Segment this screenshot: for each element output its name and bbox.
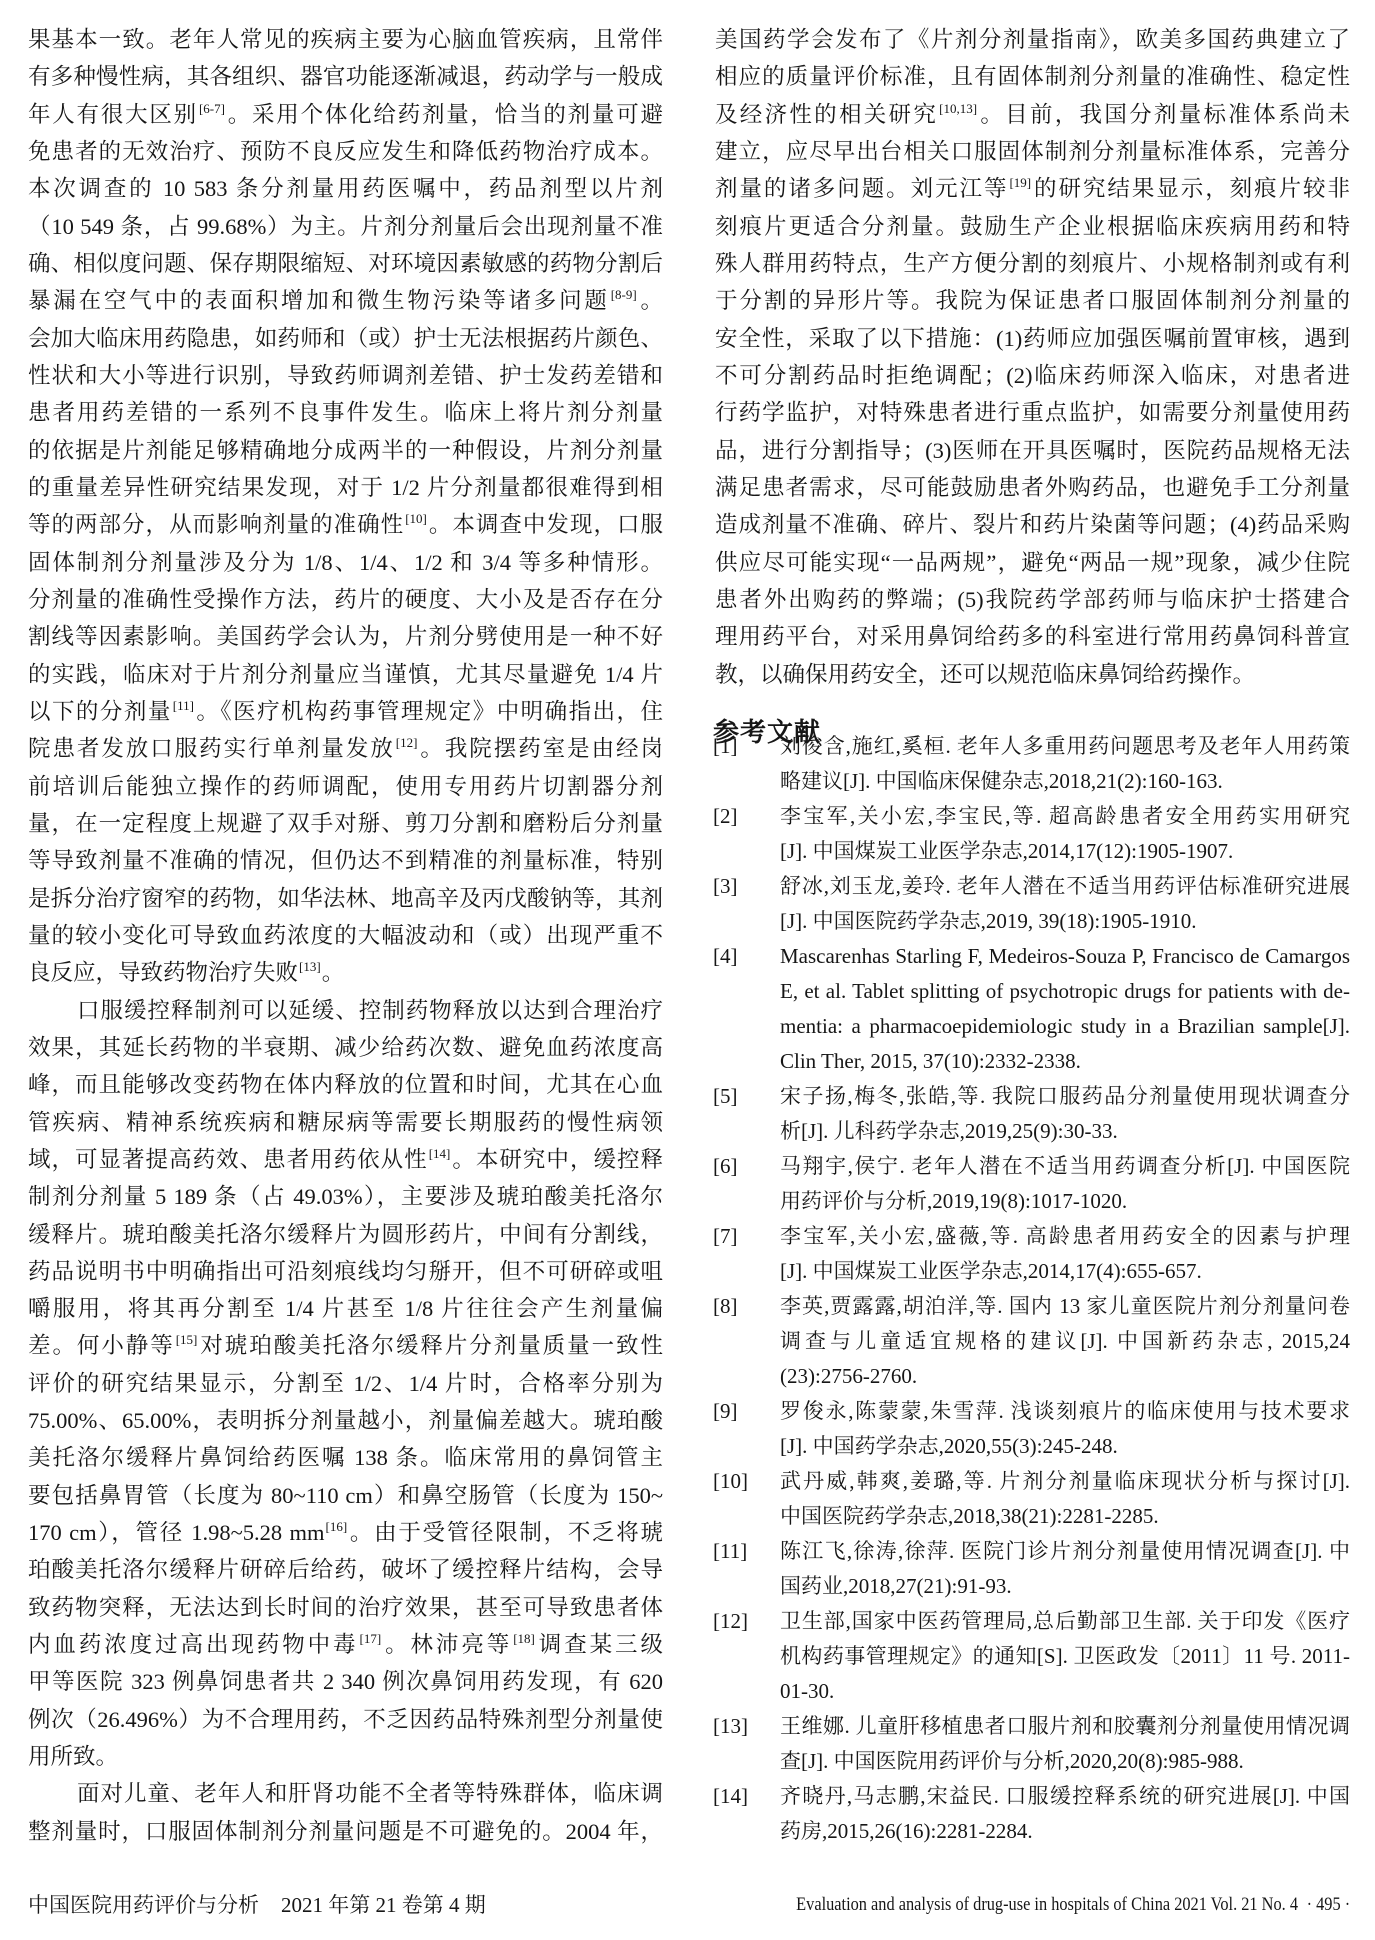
text-line: （10 549 条，占 99.68%）为主。片剂分剂量后会出现剂量不准 [28, 208, 663, 245]
reference-text-line: 查[J]. 中国医院用药评价与分析,2020,20(8):985-988. [780, 1744, 1350, 1779]
text-run: 整剂量时，口服固体制剂分剂量问题是不可避免的。2004 年， [28, 1819, 663, 1844]
reference-text-line: 武丹威,韩爽,姜璐,等. 片剂分剂量临床现状分析与探讨[J]. [780, 1464, 1350, 1499]
text-line: 会加大临床用药隐患，如药师和（或）护士无法根据药片颜色、 [28, 320, 663, 357]
text-run: 例次（26.496%）为不合理用药，不乏因药品特殊剂型分剂量使 [28, 1707, 663, 1732]
text-run: 。我院摆药室是由经岗 [418, 736, 663, 761]
text-run: 院患者发放口服药实行单剂量发放 [28, 736, 395, 761]
reference-item: [14]齐晓丹,马志鹏,宋益民. 口服缓控释系统的研究进展[J]. 中国药房,2… [713, 1779, 1350, 1849]
issue-info-cn: 2021 年第 21 卷第 4 期 [281, 1893, 486, 1917]
text-run: 170 cm），管径 1.98~5.28 mm [28, 1520, 325, 1545]
text-line: 及经济性的相关研究[10,13]。目前，我国分剂量标准体系尚未 [715, 96, 1350, 133]
text-line: 面对儿童、老年人和肝肾功能不全者等特殊群体，临床调 [28, 1775, 663, 1812]
text-line: 是拆分治疗窗窄的药物，如华法林、地高辛及丙戊酸钠等，其剂 [28, 880, 663, 917]
text-run: 的重量差异性研究结果发现，对于 1/2 片分剂量都很难得到相 [28, 475, 663, 500]
reference-text-line: 陈江飞,徐涛,徐萍. 医院门诊片剂分剂量使用情况调查[J]. 中 [780, 1534, 1350, 1569]
text-run: 制剂分剂量 5 189 条（占 49.03%），主要涉及琥珀酸美托洛尔 [28, 1184, 663, 1209]
text-run: 峰，而且能够改变药物在体内释放的位置和时间，尤其在心血 [28, 1072, 663, 1097]
text-run: 。由于受管径限制，不乏将琥 [348, 1520, 663, 1545]
text-line: 峰，而且能够改变药物在体内释放的位置和时间，尤其在心血 [28, 1066, 663, 1103]
text-run: 内血药浓度过高出现药物中毒 [28, 1632, 358, 1657]
reference-item: [11]陈江飞,徐涛,徐萍. 医院门诊片剂分剂量使用情况调查[J]. 中国药业,… [713, 1534, 1350, 1604]
text-run: 。 [638, 288, 663, 313]
citation-superscript: [11] [172, 698, 195, 713]
text-run: 本次调查的 10 583 条分剂量用药医嘱中，药品剂型以片剂 [28, 176, 663, 201]
reference-text-line: 机构药事管理规定》的通知[S]. 卫医政发〔2011〕11 号. 2011- [780, 1639, 1350, 1674]
text-line: 美托洛尔缓释片鼻饲给药医嘱 138 条。临床常用的鼻饲管主 [28, 1439, 663, 1476]
text-run: 分剂量的准确性受操作方法，药片的硬度、大小及是否存在分 [28, 587, 663, 612]
text-line: 分剂量的准确性受操作方法，药片的硬度、大小及是否存在分 [28, 581, 663, 618]
text-line: 暴漏在空气中的表面积增加和微生物污染等诸多问题[8-9]。 [28, 282, 663, 319]
text-line: 固体制剂分剂量涉及分为 1/8、1/4、1/2 和 3/4 等多种情形。 [28, 544, 663, 581]
reference-text-line: Mascarenhas Starling F, Medeiros-Souza P… [780, 939, 1350, 974]
reference-number: [14] [713, 1779, 748, 1814]
text-run: 域，可显著提高药效、患者用药依从性 [28, 1147, 428, 1172]
text-run: 。林沛亮等 [382, 1632, 512, 1657]
text-line: 量的较小变化可导致血药浓度的大幅波动和（或）出现严重不 [28, 917, 663, 954]
text-line: 前培训后能独立操作的药师调配，使用专用药片切割器分剂 [28, 768, 663, 805]
citation-superscript: [13] [298, 959, 322, 974]
reference-item: [1]刘俊含,施红,奚桓. 老年人多重用药问题思考及老年人用药策略建议[J]. … [713, 729, 1350, 799]
text-line: 殊人群用药特点，生产方便分割的刻痕片、小规格制剂或有利 [715, 245, 1350, 282]
text-run: 理用药平台，对采用鼻饲给药多的科室进行常用药鼻饲科普宣 [715, 624, 1350, 649]
text-line: 良反应，导致药物治疗失败[13]。 [28, 954, 663, 991]
text-line: 域，可显著提高药效、患者用药依从性[14]。本研究中，缓控释 [28, 1141, 663, 1178]
text-run: 口服缓控释制剂可以延缓、控制药物释放以达到合理治疗 [77, 998, 663, 1023]
reference-item: [3]舒冰,刘玉龙,姜玲. 老年人潜在不适当用药评估标准研究进展[J]. 中国医… [713, 869, 1350, 939]
text-run: （10 549 条，占 99.68%）为主。片剂分剂量后会出现剂量不准 [28, 214, 663, 239]
text-run: 良反应，导致药物治疗失败 [28, 960, 298, 985]
citation-superscript: [16] [325, 1519, 349, 1534]
text-line: 量，在一定程度上规避了双手对掰、剪刀分割和磨粉后分剂量 [28, 805, 663, 842]
reference-text-line: (23):2756-2760. [780, 1359, 1350, 1394]
text-run: 行药学监护，对特殊患者进行重点监护，如需要分剂量使用药 [715, 400, 1350, 425]
text-run: 美国药学会发布了《片剂分剂量指南》，欧美多国药典建立了 [715, 27, 1350, 52]
text-run: 患者用药差错的一系列不良事件发生。临床上将片剂分剂量 [28, 400, 663, 425]
text-run: 量，在一定程度上规避了双手对掰、剪刀分割和磨粉后分剂量 [28, 811, 663, 836]
text-run: 的实践，临床对于片剂分剂量应当谨慎，尤其尽量避免 1/4 片 [28, 662, 663, 687]
reference-text-line: 齐晓丹,马志鹏,宋益民. 口服缓控释系统的研究进展[J]. 中国 [780, 1779, 1350, 1814]
citation-superscript: [6-7] [198, 101, 226, 116]
text-run: 患者外出购药的弊端；(5)我院药学部药师与临床护士搭建合 [715, 587, 1350, 612]
text-line: 安全性，采取了以下措施：(1)药师应加强医嘱前置审核，遇到 [715, 320, 1350, 357]
text-run: 性状和大小等进行识别，导致药师调剂差错、护士发药差错和 [28, 363, 663, 388]
reference-number: [12] [713, 1604, 748, 1639]
text-line: 确、相似度问题、保存期限缩短、对环境因素敏感的药物分割后 [28, 245, 663, 282]
reference-text-line: [J]. 中国煤炭工业医学杂志,2014,17(4):655-657. [780, 1254, 1350, 1289]
text-run: 确、相似度问题、保存期限缩短、对环境因素敏感的药物分割后 [28, 251, 663, 276]
reference-text-line: 01-30. [780, 1674, 1350, 1709]
citation-superscript: [8-9] [610, 287, 638, 302]
text-line: 例次（26.496%）为不合理用药，不乏因药品特殊剂型分剂量使 [28, 1701, 663, 1738]
text-line: 果基本一致。老年人常见的疾病主要为心脑血管疾病，且常伴 [28, 21, 663, 58]
reference-text-line: 卫生部,国家中医药管理局,总后勤部卫生部. 关于印发《医疗 [780, 1604, 1350, 1639]
text-run: 药品说明书中明确指出可沿刻痕线均匀掰开，但不可研碎或咀 [28, 1259, 663, 1284]
text-run: 及经济性的相关研究 [715, 102, 938, 127]
text-line: 剂量的诸多问题。刘元江等[19]的研究结果显示，刻痕片较非 [715, 170, 1350, 207]
reference-item: [10]武丹威,韩爽,姜璐,等. 片剂分剂量临床现状分析与探讨[J].中国医院药… [713, 1464, 1350, 1534]
citation-superscript: [19] [1008, 175, 1032, 190]
text-run: 。《医疗机构药事管理规定》中明确指出，住 [195, 699, 663, 724]
reference-number: [8] [713, 1289, 738, 1324]
text-line: 教，以确保用药安全，还可以规范临床鼻饲给药操作。 [715, 656, 1350, 693]
reference-number: [10] [713, 1464, 748, 1499]
text-run: 。 [322, 960, 345, 985]
text-run: 。本调查中发现，口服 [428, 512, 663, 537]
text-line: 整剂量时，口服固体制剂分剂量问题是不可避免的。2004 年， [28, 1813, 663, 1850]
text-run: 前培训后能独立操作的药师调配，使用专用药片切割器分剂 [28, 774, 663, 799]
reference-number: [7] [713, 1219, 738, 1254]
citation-superscript: [10,13] [938, 101, 978, 116]
text-run: 缓释片。琥珀酸美托洛尔缓释片为圆形药片，中间有分割线， [28, 1222, 663, 1247]
text-line: 的实践，临床对于片剂分剂量应当谨慎，尤其尽量避免 1/4 片 [28, 656, 663, 693]
reference-text-line: [J]. 中国煤炭工业医学杂志,2014,17(12):1905-1907. [780, 834, 1350, 869]
text-line: 刻痕片更适合分剂量。鼓励生产企业根据临床疾病用药和特 [715, 208, 1350, 245]
text-line: 内血药浓度过高出现药物中毒[17]。林沛亮等[18]调查某三级 [28, 1626, 663, 1663]
reference-text-line: Clin Ther, 2015, 37(10):2332-2338. [780, 1044, 1350, 1079]
reference-text-line: 中国医院药学杂志,2018,38(21):2281-2285. [780, 1499, 1350, 1534]
text-run: 用所致。 [28, 1744, 118, 1769]
citation-superscript: [10] [404, 511, 428, 526]
text-run: 珀酸美托洛尔缓释片研碎后给药，破坏了缓控释片结构，会导 [28, 1557, 663, 1582]
reference-text-line: E, et al. Tablet splitting of psychotrop… [780, 974, 1350, 1009]
text-run: 75.00%、65.00%，表明拆分剂量越小，剂量偏差越大。琥珀酸 [28, 1408, 663, 1433]
paragraph: 面对儿童、老年人和肝肾功能不全者等特殊群体，临床调整剂量时，口服固体制剂分剂量问… [28, 1775, 663, 1850]
text-run: 有多种慢性病，其各组织、器官功能逐渐减退，药动学与一般成 [28, 64, 663, 89]
left-column: 果基本一致。老年人常见的疾病主要为心脑血管疾病，且常伴有多种慢性病，其各组织、器… [28, 21, 663, 1850]
text-run: 以下的分剂量 [28, 699, 172, 724]
text-run: 不可分割药品时拒绝调配；(2)临床药师深入临床，对患者进 [715, 363, 1350, 388]
text-run: 供应尽可能实现“一品两规”，避免“两品一规”现象，减少住院 [715, 550, 1350, 575]
citation-superscript: [15] [175, 1332, 199, 1347]
reference-item: [2]李宝军,关小宏,李宝民,等. 超高龄患者安全用药实用研究[J]. 中国煤炭… [713, 799, 1350, 869]
text-run: 美托洛尔缓释片鼻饲给药医嘱 138 条。临床常用的鼻饲管主 [28, 1445, 663, 1470]
text-run: 教，以确保用药安全，还可以规范临床鼻饲给药操作。 [715, 662, 1255, 687]
reference-text-line: 李英,贾露露,胡泊洋,等. 国内 13 家儿童医院片剂分剂量问卷 [780, 1289, 1350, 1324]
text-run: 。目前，我国分剂量标准体系尚未 [978, 102, 1350, 127]
text-run: 刻痕片更适合分剂量。鼓励生产企业根据临床疾病用药和特 [715, 214, 1350, 239]
text-line: 甲等医院 323 例鼻饲患者共 2 340 例次鼻饲用药发现，有 620 [28, 1663, 663, 1700]
text-line: 75.00%、65.00%，表明拆分剂量越小，剂量偏差越大。琥珀酸 [28, 1402, 663, 1439]
reference-text-line: 略建议[J]. 中国临床保健杂志,2018,21(2):160-163. [780, 764, 1350, 799]
text-run: 固体制剂分剂量涉及分为 1/8、1/4、1/2 和 3/4 等多种情形。 [28, 550, 663, 575]
text-run: 。采用个体化给药剂量，恰当的剂量可避 [226, 102, 663, 127]
reference-text-line: 马翔宇,侯宁. 老年人潜在不适当用药调查分析[J]. 中国医院 [780, 1149, 1350, 1184]
reference-item: [5]宋子扬,梅冬,张皓,等. 我院口服药品分剂量使用现状调查分析[J]. 儿科… [713, 1079, 1350, 1149]
text-line: 建立，应尽早出台相关口服固体制剂分剂量标准体系，完善分 [715, 133, 1350, 170]
text-line: 美国药学会发布了《片剂分剂量指南》，欧美多国药典建立了 [715, 21, 1350, 58]
text-run: 安全性，采取了以下措施：(1)药师应加强医嘱前置审核，遇到 [715, 326, 1350, 351]
journal-name-cn: 中国医院用药评价与分析 [28, 1893, 259, 1917]
text-line: 要包括鼻胃管（长度为 80~110 cm）和鼻空肠管（长度为 150~ [28, 1477, 663, 1514]
citation-superscript: [17] [358, 1631, 382, 1646]
paragraph: 果基本一致。老年人常见的疾病主要为心脑血管疾病，且常伴有多种慢性病，其各组织、器… [28, 21, 663, 992]
page-number: · 495 · [1306, 1894, 1350, 1915]
reference-text-line: 用药评价与分析,2019,19(8):1017-1020. [780, 1184, 1350, 1219]
reference-number: [4] [713, 939, 738, 974]
reference-item: [13]王维娜. 儿童肝移植患者口服片剂和胶囊剂分剂量使用情况调查[J]. 中国… [713, 1709, 1350, 1779]
text-line: 行药学监护，对特殊患者进行重点监护，如需要分剂量使用药 [715, 394, 1350, 431]
text-line: 患者外出购药的弊端；(5)我院药学部药师与临床护士搭建合 [715, 581, 1350, 618]
text-line: 以下的分剂量[11]。《医疗机构药事管理规定》中明确指出，住 [28, 693, 663, 730]
reference-text-line: [J]. 中国药学杂志,2020,55(3):245-248. [780, 1429, 1350, 1464]
citation-superscript: [18] [512, 1631, 536, 1646]
reference-text-line: 国药业,2018,27(21):91-93. [780, 1569, 1350, 1604]
reference-text-line: 宋子扬,梅冬,张皓,等. 我院口服药品分剂量使用现状调查分 [780, 1079, 1350, 1114]
citation-superscript: [12] [395, 735, 419, 750]
reference-text-line: 药房,2015,26(16):2281-2284. [780, 1814, 1350, 1849]
reference-item: [8]李英,贾露露,胡泊洋,等. 国内 13 家儿童医院片剂分剂量问卷调查与儿童… [713, 1289, 1350, 1394]
text-run: 造成剂量不准确、碎片、裂片和药片染菌等问题；(4)药品采购 [715, 512, 1350, 537]
text-line: 造成剂量不准确、碎片、裂片和药片染菌等问题；(4)药品采购 [715, 506, 1350, 543]
text-run: 等的两部分，从而影响剂量的准确性 [28, 512, 404, 537]
text-run: 果基本一致。老年人常见的疾病主要为心脑血管疾病，且常伴 [28, 27, 663, 52]
text-line: 药品说明书中明确指出可沿刻痕线均匀掰开，但不可研碎或咀 [28, 1253, 663, 1290]
text-line: 理用药平台，对采用鼻饲给药多的科室进行常用药鼻饲科普宣 [715, 618, 1350, 655]
text-line: 170 cm），管径 1.98~5.28 mm[16]。由于受管径限制，不乏将琥 [28, 1514, 663, 1551]
journal-name-en: Evaluation and analysis of drug-use in h… [796, 1894, 1298, 1915]
right-column: 美国药学会发布了《片剂分剂量指南》，欧美多国药典建立了相应的质量评价标准，且有固… [715, 21, 1350, 693]
text-line: 制剂分剂量 5 189 条（占 49.03%），主要涉及琥珀酸美托洛尔 [28, 1178, 663, 1215]
reference-text-line: 舒冰,刘玉龙,姜玲. 老年人潜在不适当用药评估标准研究进展 [780, 869, 1350, 904]
text-line: 管疾病、精神系统疾病和糖尿病等需要长期服药的慢性病领 [28, 1104, 663, 1141]
reference-text-line: 李宝军,关小宏,盛薇,等. 高龄患者用药安全的因素与护理 [780, 1219, 1350, 1254]
text-run: 相应的质量评价标准，且有固体制剂分剂量的准确性、稳定性 [715, 64, 1350, 89]
text-line: 不可分割药品时拒绝调配；(2)临床药师深入临床，对患者进 [715, 357, 1350, 394]
text-run: 要包括鼻胃管（长度为 80~110 cm）和鼻空肠管（长度为 150~ [28, 1483, 663, 1508]
text-run: 年人有很大区别 [28, 102, 198, 127]
text-run: 评价的研究结果显示，分割至 1/2、1/4 片时，合格率分别为 [28, 1371, 663, 1396]
reference-text-line: 刘俊含,施红,奚桓. 老年人多重用药问题思考及老年人用药策 [780, 729, 1350, 764]
reference-text-line: 罗俊永,陈蒙蒙,朱雪萍. 浅谈刻痕片的临床使用与技术要求 [780, 1394, 1350, 1429]
text-line: 的重量差异性研究结果发现，对于 1/2 片分剂量都很难得到相 [28, 469, 663, 506]
text-line: 有多种慢性病，其各组织、器官功能逐渐减退，药动学与一般成 [28, 58, 663, 95]
text-run: 管疾病、精神系统疾病和糖尿病等需要长期服药的慢性病领 [28, 1110, 663, 1135]
text-line: 相应的质量评价标准，且有固体制剂分剂量的准确性、稳定性 [715, 58, 1350, 95]
text-run: 调查某三级 [536, 1632, 663, 1657]
reference-text-line: mentia: a pharmacoepidemiologic study in… [780, 1009, 1350, 1044]
reference-item: [7]李宝军,关小宏,盛薇,等. 高龄患者用药安全的因素与护理[J]. 中国煤炭… [713, 1219, 1350, 1289]
paragraph: 美国药学会发布了《片剂分剂量指南》，欧美多国药典建立了相应的质量评价标准，且有固… [715, 21, 1350, 693]
text-run: 致药物突释，无法达到长时间的治疗效果，甚至可导致患者体 [28, 1595, 663, 1620]
text-line: 等的两部分，从而影响剂量的准确性[10]。本调查中发现，口服 [28, 506, 663, 543]
text-line: 用所致。 [28, 1738, 663, 1775]
text-run: 的研究结果显示，刻痕片较非 [1032, 176, 1350, 201]
text-run: 嚼服用，将其再分割至 1/4 片甚至 1/8 片往往会产生剂量偏 [28, 1296, 663, 1321]
reference-text-line: [J]. 中国医院药学杂志,2019, 39(18):1905-1910. [780, 904, 1350, 939]
reference-item: [9]罗俊永,陈蒙蒙,朱雪萍. 浅谈刻痕片的临床使用与技术要求[J]. 中国药学… [713, 1394, 1350, 1464]
text-line: 差。何小静等[15]对琥珀酸美托洛尔缓释片分剂量质量一致性 [28, 1327, 663, 1364]
text-run: 对琥珀酸美托洛尔缓释片分剂量质量一致性 [198, 1333, 663, 1358]
text-line: 年人有很大区别[6-7]。采用个体化给药剂量，恰当的剂量可避 [28, 96, 663, 133]
text-run: 。本研究中，缓控释 [451, 1147, 663, 1172]
text-line: 免患者的无效治疗、预防不良反应发生和降低药物治疗成本。 [28, 133, 663, 170]
text-line: 缓释片。琥珀酸美托洛尔缓释片为圆形药片，中间有分割线， [28, 1216, 663, 1253]
text-line: 本次调查的 10 583 条分剂量用药医嘱中，药品剂型以片剂 [28, 170, 663, 207]
text-run: 等导致剂量不准确的情况，但仍达不到精准的剂量标准，特别 [28, 848, 663, 873]
text-run: 甲等医院 323 例鼻饲患者共 2 340 例次鼻饲用药发现，有 620 [28, 1669, 663, 1694]
text-run: 满足患者需求，尽可能鼓励患者外购药品，也避免手工分剂量 [715, 475, 1350, 500]
text-run: 效果，其延长药物的半衰期、减少给药次数、避免血药浓度高 [28, 1035, 663, 1060]
reference-item: [12]卫生部,国家中医药管理局,总后勤部卫生部. 关于印发《医疗机构药事管理规… [713, 1604, 1350, 1709]
text-line: 于分割的异形片等。我院为保证患者口服固体制剂分剂量的 [715, 282, 1350, 319]
reference-number: [13] [713, 1709, 748, 1744]
text-line: 效果，其延长药物的半衰期、减少给药次数、避免血药浓度高 [28, 1029, 663, 1066]
paragraph: 口服缓控释制剂可以延缓、控制药物释放以达到合理治疗效果，其延长药物的半衰期、减少… [28, 992, 663, 1776]
text-line: 珀酸美托洛尔缓释片研碎后给药，破坏了缓控释片结构，会导 [28, 1551, 663, 1588]
reference-item: [4]Mascarenhas Starling F, Medeiros-Souz… [713, 939, 1350, 1079]
reference-text-line: 李宝军,关小宏,李宝民,等. 超高龄患者安全用药实用研究 [780, 799, 1350, 834]
text-run: 量的较小变化可导致血药浓度的大幅波动和（或）出现严重不 [28, 923, 663, 948]
reference-text-line: 析[J]. 儿科药学杂志,2019,25(9):30-33. [780, 1114, 1350, 1149]
text-line: 院患者发放口服药实行单剂量发放[12]。我院摆药室是由经岗 [28, 730, 663, 767]
text-line: 口服缓控释制剂可以延缓、控制药物释放以达到合理治疗 [28, 992, 663, 1029]
citation-superscript: [14] [428, 1146, 452, 1161]
reference-item: [6]马翔宇,侯宁. 老年人潜在不适当用药调查分析[J]. 中国医院用药评价与分… [713, 1149, 1350, 1219]
reference-number: [1] [713, 729, 738, 764]
text-line: 致药物突释，无法达到长时间的治疗效果，甚至可导致患者体 [28, 1589, 663, 1626]
text-line: 的依据是片剂能足够精确地分成两半的一种假设，片剂分剂量 [28, 432, 663, 469]
reference-number: [9] [713, 1394, 738, 1429]
text-run: 面对儿童、老年人和肝肾功能不全者等特殊群体，临床调 [77, 1781, 663, 1806]
footer-journal-cn: 中国医院用药评价与分析2021 年第 21 卷第 4 期 [28, 1892, 486, 1918]
reference-text-line: 调查与儿童适宜规格的建议[J]. 中国新药杂志, 2015,24 [780, 1324, 1350, 1359]
reference-number: [11] [713, 1534, 747, 1569]
text-line: 供应尽可能实现“一品两规”，避免“两品一规”现象，减少住院 [715, 544, 1350, 581]
text-run: 品，进行分割指导；(3)医师在开具医嘱时，医院药品规格无法 [715, 438, 1350, 463]
text-run: 差。何小静等 [28, 1333, 175, 1358]
text-line: 评价的研究结果显示，分割至 1/2、1/4 片时，合格率分别为 [28, 1365, 663, 1402]
text-line: 满足患者需求，尽可能鼓励患者外购药品，也避免手工分剂量 [715, 469, 1350, 506]
text-run: 是拆分治疗窗窄的药物，如华法林、地高辛及丙戊酸钠等，其剂 [28, 886, 663, 911]
reference-number: [5] [713, 1079, 738, 1114]
text-line: 嚼服用，将其再分割至 1/4 片甚至 1/8 片往往会产生剂量偏 [28, 1290, 663, 1327]
text-run: 割线等因素影响。美国药学会认为，片剂分劈使用是一种不好 [28, 624, 663, 649]
reference-number: [3] [713, 869, 738, 904]
text-run: 的依据是片剂能足够精确地分成两半的一种假设，片剂分剂量 [28, 438, 663, 463]
text-run: 建立，应尽早出台相关口服固体制剂分剂量标准体系，完善分 [715, 139, 1350, 164]
references-list: [1]刘俊含,施红,奚桓. 老年人多重用药问题思考及老年人用药策略建议[J]. … [713, 729, 1350, 1849]
text-run: 会加大临床用药隐患，如药师和（或）护士无法根据药片颜色、 [28, 326, 663, 351]
text-run: 于分割的异形片等。我院为保证患者口服固体制剂分剂量的 [715, 288, 1350, 313]
reference-number: [6] [713, 1149, 738, 1184]
text-line: 品，进行分割指导；(3)医师在开具医嘱时，医院药品规格无法 [715, 432, 1350, 469]
text-run: 殊人群用药特点，生产方便分割的刻痕片、小规格制剂或有利 [715, 251, 1350, 276]
text-line: 割线等因素影响。美国药学会认为，片剂分劈使用是一种不好 [28, 618, 663, 655]
footer-journal-en: Evaluation and analysis of drug-use in h… [796, 1892, 1350, 1918]
reference-number: [2] [713, 799, 738, 834]
text-run: 暴漏在空气中的表面积增加和微生物污染等诸多问题 [28, 288, 610, 313]
text-line: 性状和大小等进行识别，导致药师调剂差错、护士发药差错和 [28, 357, 663, 394]
text-line: 等导致剂量不准确的情况，但仍达不到精准的剂量标准，特别 [28, 842, 663, 879]
text-line: 患者用药差错的一系列不良事件发生。临床上将片剂分剂量 [28, 394, 663, 431]
text-run: 免患者的无效治疗、预防不良反应发生和降低药物治疗成本。 [28, 139, 663, 164]
text-run: 剂量的诸多问题。刘元江等 [715, 176, 1008, 201]
reference-text-line: 王维娜. 儿童肝移植患者口服片剂和胶囊剂分剂量使用情况调 [780, 1709, 1350, 1744]
